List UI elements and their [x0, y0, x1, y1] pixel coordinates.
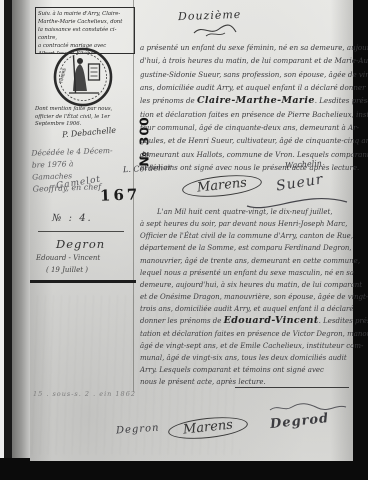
act-text-segment: tation et déclaration faites en présence…	[140, 330, 368, 338]
act-text-segment: département de la Somme, est comparu Fer…	[140, 244, 352, 252]
act-text-segment: Officier de l'État civil de la commune d…	[140, 232, 353, 240]
act-line: Officier de l'État civil de la commune d…	[140, 230, 356, 242]
birth-act-1-text: a présenté un enfant du sexe féminin, né…	[140, 41, 354, 174]
act-line: Arry. Lesquels comparant et témoins ont …	[140, 364, 356, 376]
act-line: département de la Somme, est comparu Fer…	[140, 242, 356, 254]
act-line: munal, âgé de vingt-six ans, tous les de…	[140, 352, 356, 364]
act-text-segment: teur communal, âgé de cinquante-deux ans…	[140, 123, 359, 132]
act-text-segment: demeurant aux Hallots, commune de Vron. …	[140, 150, 368, 159]
mention-note-line: officier de l'État civil, le 1er	[35, 114, 133, 122]
act-text-segment: gustine-Sidonie Sueur, sans profession, …	[140, 70, 368, 79]
child-name: Edouard-Vincent	[224, 315, 319, 326]
act-line: tation et déclaration faites en présence…	[140, 328, 356, 340]
act-text-segment: trois ans, domiciliée audit Arry, et auq…	[140, 305, 354, 313]
act-text-segment: et de Onésime Dragon, manouvrière, son é…	[140, 293, 368, 301]
act-line: et de Onésime Dragon, manouvrière, son é…	[140, 291, 356, 303]
act-text-segment: à sept heures du soir, par devant nous H…	[140, 220, 347, 228]
act-line: tion et déclaration faites en présence d…	[140, 108, 354, 121]
act-text-segment: tion et déclaration faites en présence d…	[140, 110, 368, 119]
act-text-segment: . Lesdites présenta-	[315, 96, 368, 105]
act-line: demeure, aujourd'hui, à six heures du ma…	[140, 279, 356, 291]
act-line: ans, domiciliée audit Arry, et auquel en…	[140, 81, 354, 94]
act-line: donner les prénoms de Edouard-Vincent. L…	[140, 315, 356, 327]
act-line: L'an Mil huit cent quatre-vingt, le dix-…	[140, 206, 356, 218]
margin-rule	[38, 231, 124, 232]
act-text-segment: lequel nous a présenté un enfant du sexe…	[140, 269, 354, 277]
record-surname: Degron	[56, 237, 105, 251]
act-line: gustine-Sidonie Sueur, sans profession, …	[140, 68, 354, 81]
page-number-stamp: 167	[100, 185, 141, 204]
scan-edge-shadow	[4, 0, 12, 458]
act-line: teur communal, âgé de cinquante-deux ans…	[140, 121, 354, 134]
marriage-mention-line: Suiv. à la mairie d'Arry, Claire-	[38, 10, 132, 18]
record-firstnames: Edouard - Vincent	[36, 254, 100, 262]
margin-heavy-rule	[30, 280, 136, 283]
svg-text:TIMBRE: TIMBRE	[58, 67, 67, 85]
record-number: № : 4.	[52, 213, 93, 224]
archivist-pencil-note: 15 . sous-s. 2 . ein 1862	[33, 390, 136, 398]
act-text-segment: . Lesdites présen-	[319, 317, 368, 325]
act-text-segment: ans, domiciliée audit Arry, et auquel en…	[140, 83, 365, 92]
act-text-segment: munal, âgé de vingt-six ans, tous les de…	[140, 354, 347, 362]
child-name: Claire-Marthe-Marie	[197, 95, 315, 106]
act-text-segment: goules, et de Henri Sueur, cultivateur, …	[140, 136, 368, 145]
officer-paraph-icon	[192, 23, 238, 43]
mention-note: Dont mention faite par nous, officier de…	[35, 106, 133, 129]
act-text-segment: et témoins ont signé avec nous le présen…	[140, 163, 359, 172]
act-text-segment: Arry. Lesquels comparant et témoins ont …	[140, 366, 324, 374]
scanned-register-page: { "colors": { "paper": "#ecece9", "ink":…	[0, 0, 368, 480]
act-text-segment: nous le présent acte, après lecture.	[140, 378, 266, 386]
act-line: les prénoms de Claire-Marthe-Marie. Lesd…	[140, 94, 354, 107]
birth-act-2-text: L'an Mil huit cent quatre-vingt, le dix-…	[140, 206, 356, 388]
official-seal-icon: TIMBRE	[50, 47, 116, 109]
act-text-segment: manouvrier, âgé de trente ans, demeurant…	[140, 257, 360, 265]
signature-circled: Marens	[167, 414, 249, 442]
marriage-mention-line: Marthe-Marie Cachelieux, dont	[38, 18, 132, 26]
act-line: d'hui, à trois heures du matin, de lui c…	[140, 54, 354, 67]
act-text-segment: donner les prénoms de	[140, 317, 224, 325]
act-line: manouvrier, âgé de trente ans, demeurant…	[140, 255, 356, 267]
mention-note-line: Dont mention faite par nous,	[35, 106, 133, 114]
end-of-act-rule	[235, 387, 349, 388]
record-date: ( 19 Juillet )	[46, 266, 88, 274]
act-text-segment: les prénoms de	[140, 96, 197, 105]
act-line: a présenté un enfant du sexe féminin, né…	[140, 41, 354, 54]
act-text-segment: âgé de vingt-sept ans, et de Emile Cache…	[140, 342, 363, 350]
register-page: Suiv. à la mairie d'Arry, Claire- Marthe…	[30, 0, 353, 461]
binding-gutter	[12, 0, 30, 458]
act-line: goules, et de Henri Sueur, cultivateur, …	[140, 134, 354, 147]
act-text-segment: a présenté un enfant du sexe féminin, né…	[140, 43, 368, 52]
act-line: âgé de vingt-sept ans, et de Emile Cache…	[140, 340, 356, 352]
act-text-segment: d'hui, à trois heures du matin, de lui c…	[140, 56, 368, 65]
act-line: à sept heures du soir, par devant nous H…	[140, 218, 356, 230]
marriage-mention-line: la naissance est constatée ci-contre,	[38, 26, 132, 42]
act-line: demeurant aux Hallots, commune de Vron. …	[140, 148, 354, 161]
act-text-segment: demeure, aujourd'hui, à six heures du ma…	[140, 281, 362, 289]
act-text-segment: L'an Mil huit cent quatre-vingt, le dix-…	[157, 208, 333, 216]
act-line: trois ans, domiciliée audit Arry, et auq…	[140, 303, 356, 315]
act-line: lequel nous a présenté un enfant du sexe…	[140, 267, 356, 279]
act-ordinal-header: Douzième	[178, 8, 242, 23]
